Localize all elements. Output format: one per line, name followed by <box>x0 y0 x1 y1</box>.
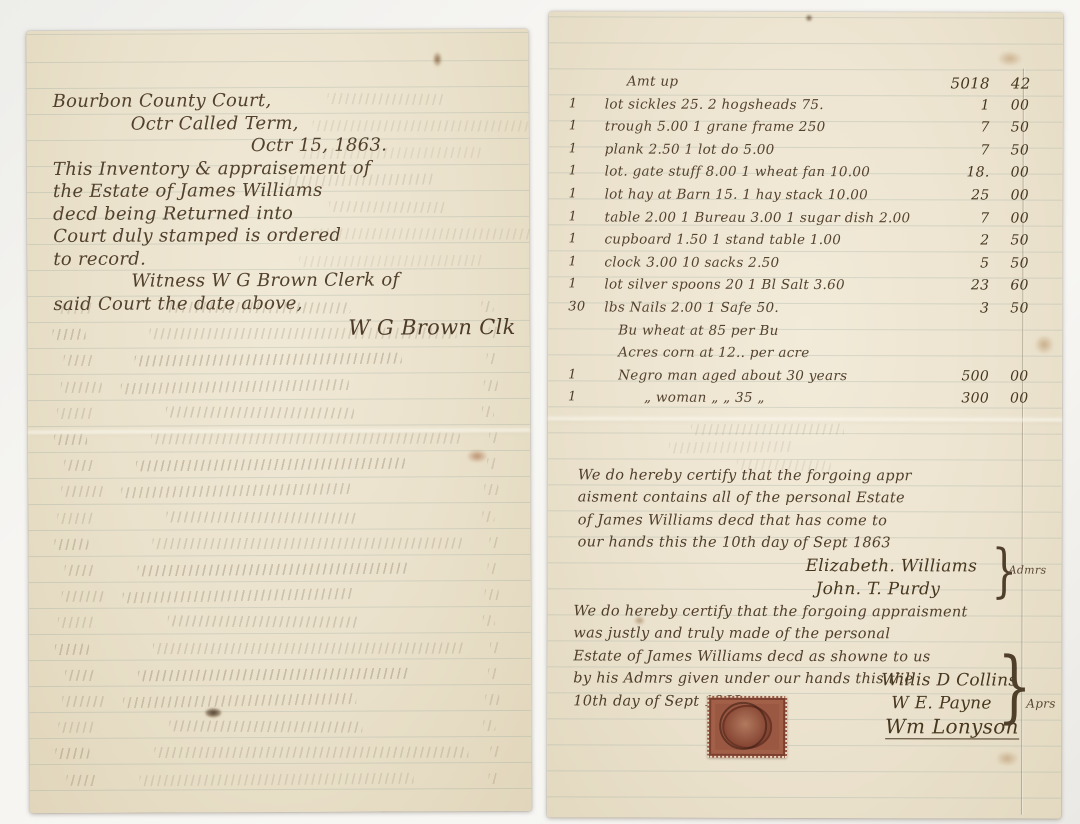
bleed-stroke <box>486 353 495 364</box>
certification-line: our hands this the 10th day of Sept 1863 <box>578 532 1050 556</box>
stain <box>466 449 488 463</box>
bleed-stroke <box>136 458 405 472</box>
court-order-line: Octr 15, 1863. <box>251 134 515 158</box>
bleed-stroke <box>55 748 89 760</box>
bleed-stroke <box>139 772 413 786</box>
stamp-cancel-mark <box>719 702 767 750</box>
bleed-stroke <box>488 668 497 679</box>
bleed-stroke <box>154 747 468 758</box>
item-description: lot silver spoons 20 1 Bl Salt 3.60 <box>604 277 937 294</box>
bleed-stroke <box>61 486 103 497</box>
stain <box>633 616 645 626</box>
court-order-line: Bourbon County Court, <box>53 89 515 114</box>
amount-dollars: 7 <box>938 142 998 158</box>
certification-line: was justly and truly made of the persona… <box>573 623 1055 647</box>
item-description: lbs Nails 2.00 1 Safe 50. <box>604 299 937 316</box>
court-order-line: the Estate of James Williams <box>53 179 515 204</box>
amount-cents: 00 <box>997 368 1050 384</box>
ledger-row: 1lot hay at Barn 15. 1 hay stack 10.0025… <box>563 186 1051 210</box>
amount-cents: 50 <box>997 255 1050 271</box>
admr-certification-text: We do hereby certify that the forgoing a… <box>578 464 1050 555</box>
amount-cents: 50 <box>997 233 1050 249</box>
amount-cents: 00 <box>997 391 1050 407</box>
item-description: „ woman „ „ 35 „ <box>604 390 937 407</box>
bleed-stroke <box>62 696 104 707</box>
bleed-stroke <box>490 537 501 548</box>
bleed-stroke <box>483 720 495 731</box>
court-order-line: Witness W G Brown Clerk of <box>131 269 515 293</box>
bleed-stroke <box>490 642 501 653</box>
bleed-stroke <box>168 616 360 628</box>
bleed-stroke <box>491 746 502 757</box>
amount-dollars: 25 <box>938 187 998 203</box>
bleed-stroke <box>482 511 494 522</box>
admr-signatures: Elizabeth. Williams John. T. Purdy <box>806 555 1016 602</box>
bleed-stroke <box>123 588 354 603</box>
stain <box>997 51 1023 67</box>
qty: 1 <box>563 141 605 156</box>
amount-dollars: 18. <box>938 165 998 181</box>
ledger-row: 1lot. gate stuff 8.00 1 wheat fan 10.001… <box>563 164 1051 188</box>
amount-dollars: 2 <box>937 233 997 249</box>
fold-crease <box>548 415 1062 423</box>
bleed-stroke <box>58 512 96 523</box>
bleed-stroke <box>486 694 500 705</box>
court-order-line: to record. <box>53 246 515 271</box>
stain <box>995 750 1019 766</box>
amount-cents: 50 <box>998 120 1051 136</box>
stain <box>1034 335 1054 355</box>
left-page: Bourbon County Court,Octr Called Term,Oc… <box>26 29 531 813</box>
ledger-row: 1lot sickles 25. 2 hogsheads 75.100 <box>563 96 1051 120</box>
amount-dollars: 3 <box>937 300 997 316</box>
signature-elizabeth-williams: Elizabeth. Williams <box>806 555 1016 579</box>
item-description: Amt up <box>605 73 938 90</box>
amount-cents: 50 <box>997 300 1050 316</box>
amount-dollars: 23 <box>937 278 997 294</box>
amount-cents: 42 <box>998 75 1051 93</box>
bleed-stroke <box>487 458 496 469</box>
scanned-document: Bourbon County Court,Octr Called Term,Oc… <box>0 0 1080 824</box>
qty: 1 <box>562 254 604 269</box>
bleed-stroke <box>64 355 93 366</box>
right-page: Amt up5018421lot sickles 25. 2 hogsheads… <box>547 11 1063 818</box>
amount-dollars: 7 <box>938 120 998 136</box>
bleed-stroke <box>135 353 402 367</box>
bleed-stroke <box>138 667 410 681</box>
signature-john-t-purdy: John. T. Purdy <box>806 578 1016 602</box>
item-description: cupboard 1.50 1 stand table 1.00 <box>604 232 937 249</box>
qty: 1 <box>563 119 605 134</box>
bleed-stroke <box>152 537 462 549</box>
bleed-stroke <box>485 589 499 600</box>
qty: 1 <box>562 209 604 224</box>
bleed-stroke <box>484 380 498 391</box>
ledger-row: Bu wheat at 85 per Bu <box>562 322 1050 346</box>
qty: 1 <box>562 390 604 405</box>
qty: 1 <box>562 367 604 382</box>
bleed-stroke <box>669 441 792 454</box>
certification-line: We do hereby certify that the forgoing a… <box>578 464 1050 488</box>
amount-cents: 50 <box>998 142 1051 158</box>
ink-blot <box>205 708 221 717</box>
bleed-stroke <box>58 617 96 628</box>
ledger-row: 1clock 3.00 10 sacks 2.50550 <box>562 254 1050 278</box>
qty: 1 <box>563 164 605 179</box>
item-description: clock 3.00 10 sacks 2.50 <box>604 254 937 271</box>
ledger-row: 1Negro man aged about 30 years50000 <box>562 367 1050 391</box>
qty: 30 <box>562 299 604 314</box>
ledger-row: 1lot silver spoons 20 1 Bl Salt 3.602360 <box>562 277 1050 301</box>
stain <box>805 14 813 22</box>
bleed-stroke <box>137 563 408 577</box>
amount-dollars: 5 <box>937 255 997 271</box>
bleed-stroke <box>482 406 494 417</box>
bleed-stroke <box>489 773 498 784</box>
ledger-row: 1plank 2.50 1 lot do 5.00750 <box>563 141 1051 165</box>
ledger-row: 1table 2.00 1 Bureau 3.00 1 sugar dish 2… <box>562 209 1050 233</box>
aprs-label: Aprs <box>1026 697 1055 711</box>
bleed-stroke <box>60 381 101 392</box>
certification-line: Estate of James Williams decd as showne … <box>573 645 1055 669</box>
amount-dollars: 300 <box>937 391 997 407</box>
amount-dollars: 5018 <box>938 74 998 92</box>
amount-cents: 00 <box>997 210 1050 226</box>
ledger-row: 30lbs Nails 2.00 1 Safe 50.350 <box>562 299 1050 323</box>
bleed-stroke <box>57 408 94 419</box>
item-description: table 2.00 1 Bureau 3.00 1 sugar dish 2.… <box>604 209 937 226</box>
court-order-line: said Court the date above, <box>53 291 515 316</box>
item-description: plank 2.50 1 lot do 5.00 <box>605 141 938 158</box>
bleed-stroke <box>153 642 465 653</box>
aprs-brace: } <box>997 640 1032 731</box>
bleed-stroke <box>64 460 94 471</box>
bleed-stroke <box>120 379 348 394</box>
amount-cents: 60 <box>997 278 1050 294</box>
court-order-line: This Inventory & appraisement of <box>53 156 515 181</box>
amount-dollars: 1 <box>938 97 998 113</box>
bleed-stroke <box>483 615 495 626</box>
bleed-stroke <box>65 670 95 681</box>
ledger-row: Acres corn at 12.. per acre <box>562 344 1050 368</box>
certification-line: We do hereby certify that the forgoing a… <box>573 600 1055 624</box>
certification-line: aisment contains all of the personal Est… <box>578 487 1050 511</box>
amount-cents: 00 <box>998 165 1051 181</box>
court-order-line: Court duly stamped is ordered <box>53 224 515 249</box>
item-description: Acres corn at 12.. per acre <box>604 345 937 362</box>
certification-line: of James Williams decd that has come to <box>578 509 1050 533</box>
bleed-stroke <box>487 563 496 574</box>
bleed-stroke <box>124 693 357 708</box>
bleed-stroke <box>59 722 97 733</box>
bleed-stroke <box>166 406 354 418</box>
admrs-label: Admrs <box>1009 564 1047 577</box>
item-description: Negro man aged about 30 years <box>604 367 937 384</box>
qty: 1 <box>563 186 605 201</box>
item-description: lot. gate stuff 8.00 1 wheat fan 10.00 <box>605 164 938 181</box>
item-description: lot hay at Barn 15. 1 hay stack 10.00 <box>605 186 938 203</box>
bleed-stroke <box>484 484 498 495</box>
bleed-stroke <box>65 565 95 576</box>
amount-cents: 00 <box>998 187 1051 203</box>
appraisement-ledger: Amt up5018421lot sickles 25. 2 hogsheads… <box>562 73 1051 413</box>
court-order-line: Octr Called Term, <box>131 111 515 135</box>
qty: 1 <box>562 277 604 292</box>
bleed-stroke <box>54 538 88 550</box>
bleed-stroke <box>121 483 351 498</box>
court-order-text: Bourbon County Court,Octr Called Term,Oc… <box>53 89 516 316</box>
bleed-stroke <box>55 643 89 655</box>
amount-cents: 00 <box>998 97 1051 113</box>
bleed-stroke <box>66 774 96 785</box>
bleed-stroke <box>62 591 104 602</box>
qty: 1 <box>562 232 604 247</box>
ledger-row: 1cupboard 1.50 1 stand table 1.00250 <box>562 232 1050 256</box>
amount-dollars: 500 <box>937 368 997 384</box>
ledger-row: 1trough 5.00 1 grane frame 250750 <box>563 119 1051 143</box>
stain <box>432 51 442 67</box>
bleed-stroke <box>167 511 357 523</box>
clerk-signature: W G Brown Clk <box>54 315 522 341</box>
item-description: lot sickles 25. 2 hogsheads 75. <box>605 96 938 113</box>
ledger-row: 1„ woman „ „ 35 „30000 <box>562 390 1050 414</box>
court-order-line: decd being Returned into <box>53 201 515 226</box>
ledger-header-row: Amt up501842 <box>563 73 1051 97</box>
bleed-stroke <box>691 424 844 436</box>
item-description: Bu wheat at 85 per Bu <box>604 322 937 339</box>
bleed-stroke <box>169 721 362 733</box>
revenue-stamp <box>707 696 787 758</box>
item-description: trough 5.00 1 grane frame 250 <box>605 119 938 136</box>
amount-dollars: 7 <box>937 210 997 226</box>
qty: 1 <box>563 96 605 111</box>
